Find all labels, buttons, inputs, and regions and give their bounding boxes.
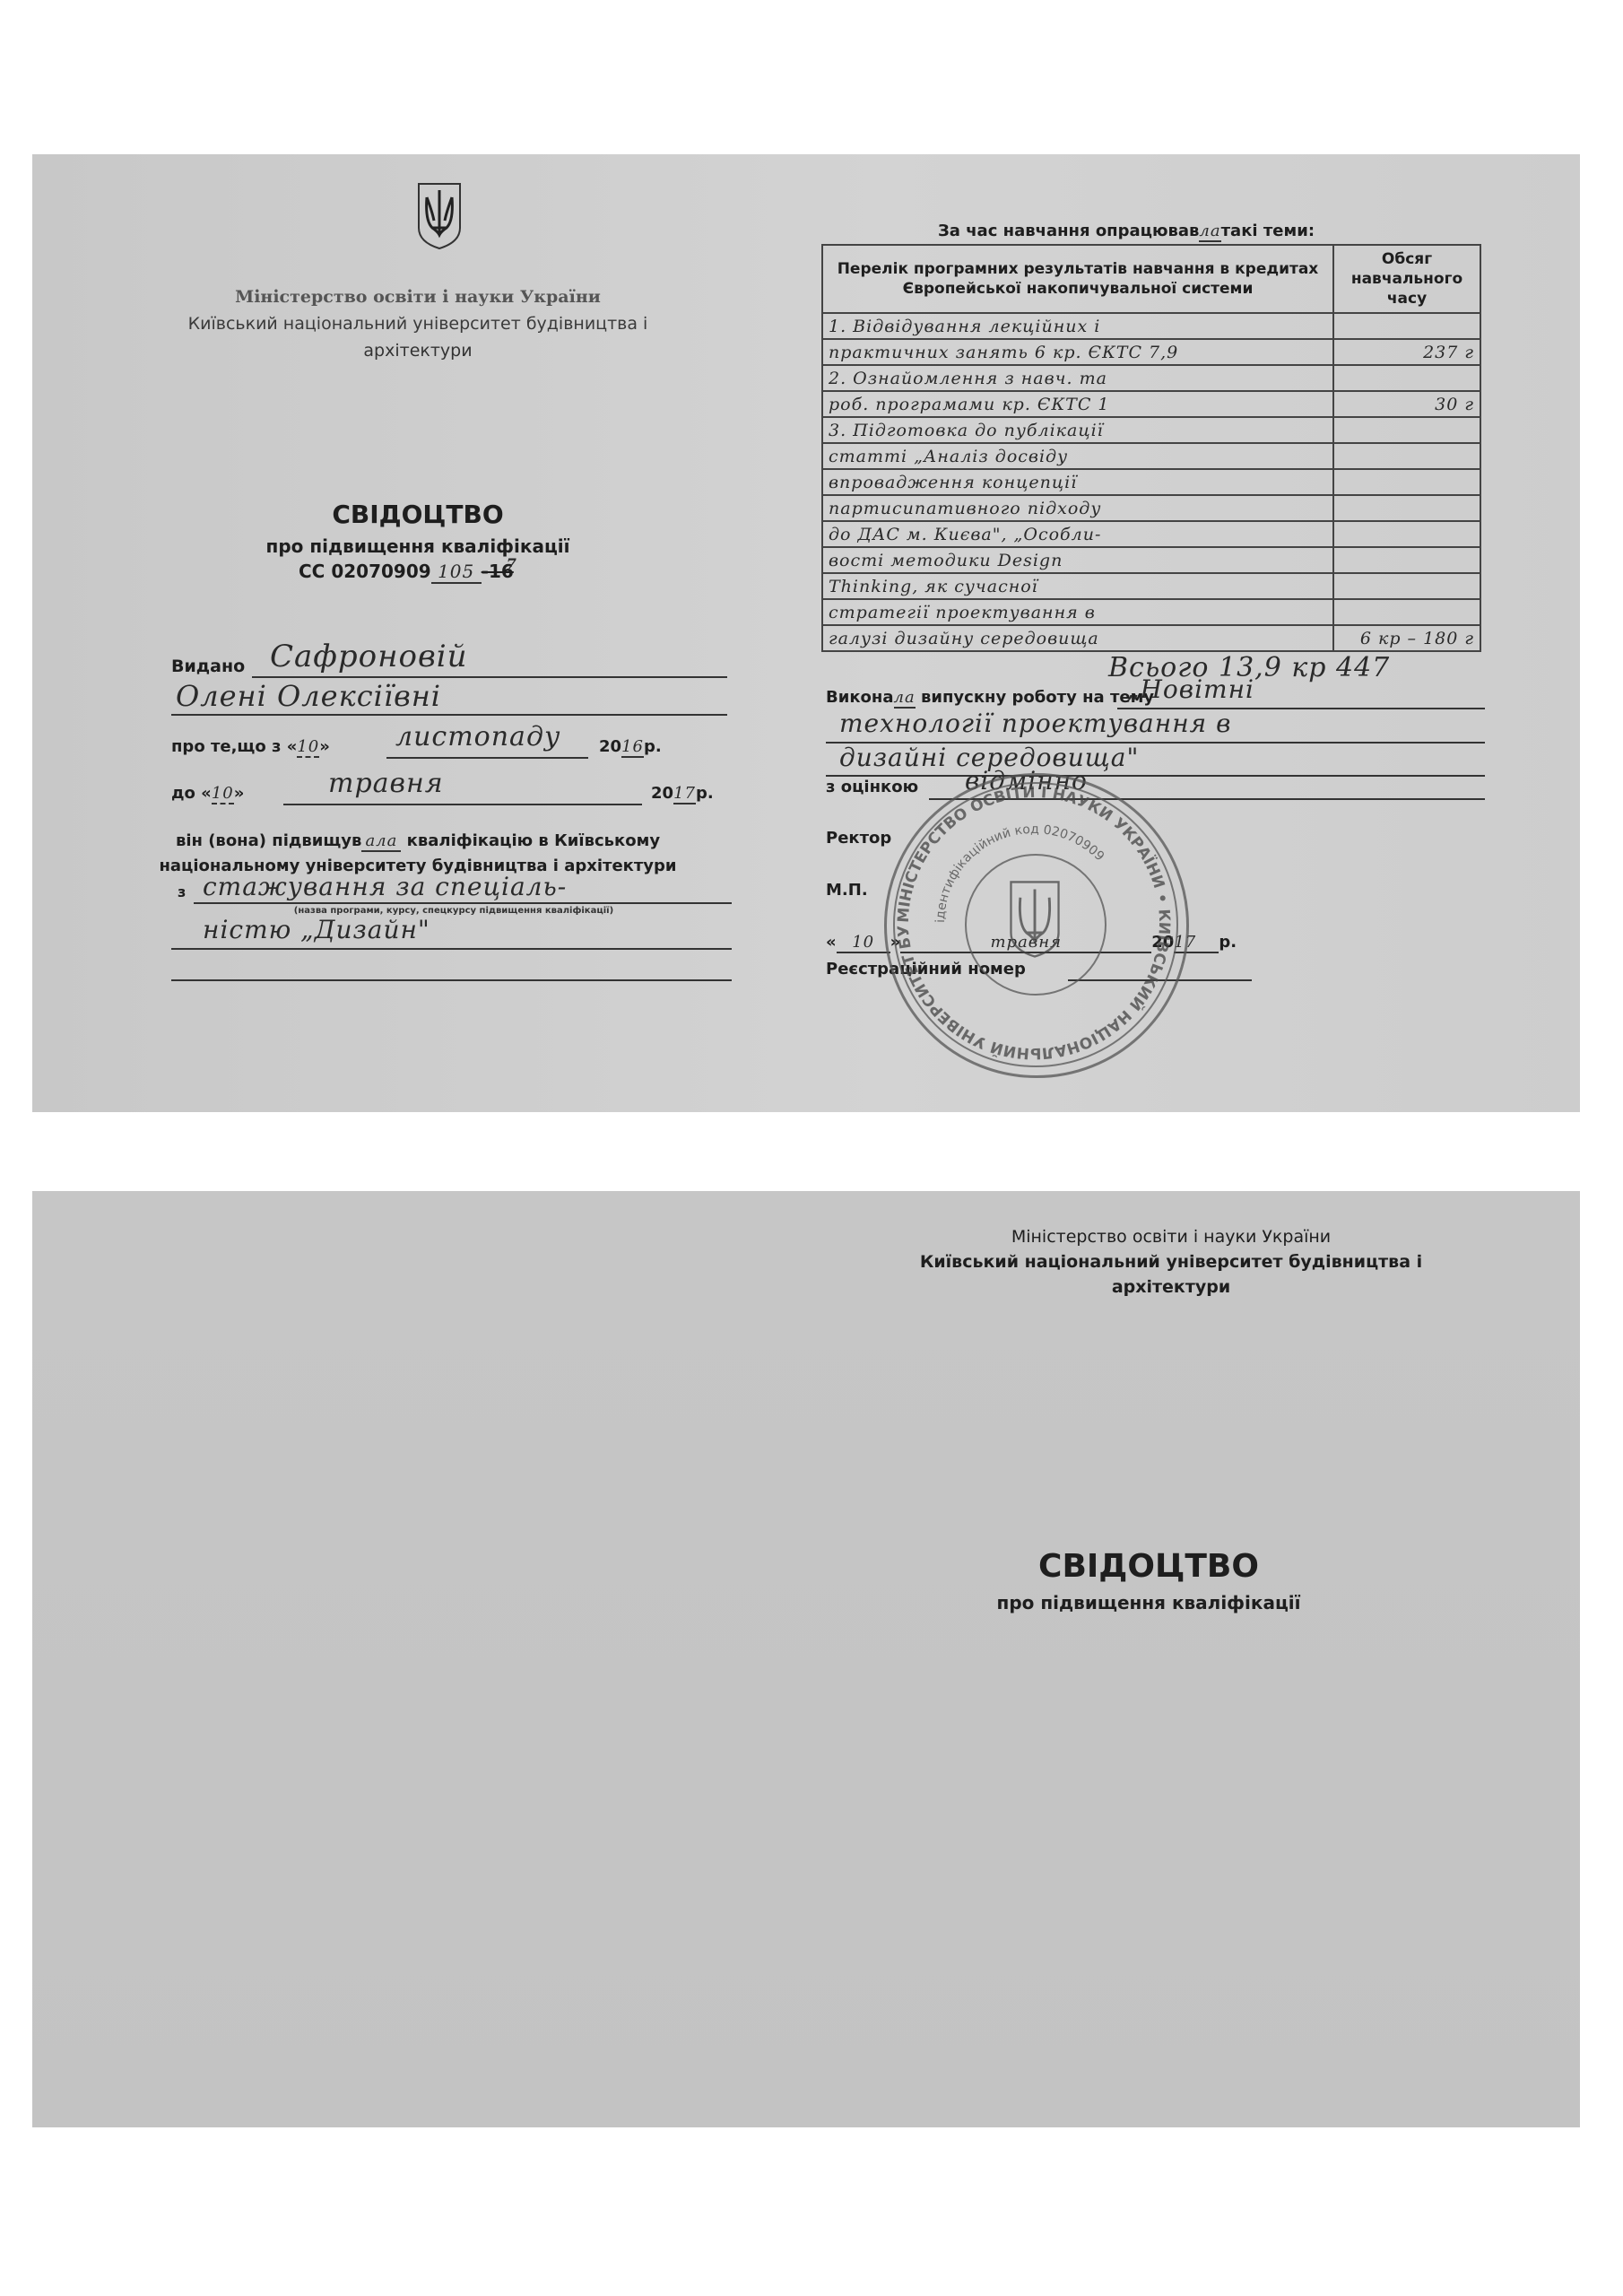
thesis-label: Виконала випускну роботу на тему [826,688,1154,707]
hours-cell [1333,495,1480,521]
cover-subtitle: про підвищення кваліфікації [960,1592,1337,1613]
table-row: роб. програмами кр. ЄКТС 130 г [822,391,1480,417]
seal-label: М.П. [826,881,868,900]
cover-ministry-name: Міністерство освіти і науки України [839,1227,1503,1247]
cover-title: СВІДОЦТВО [960,1548,1337,1585]
topic-cell: практичних занять 6 кр. ЄКТС 7,9 [822,339,1333,365]
hours-cell [1333,365,1480,391]
topic-cell: вості методики Design [822,547,1333,573]
topic-cell: статті „Аналіз досвіду [822,443,1333,469]
table-row: впровадження концепції [822,469,1480,495]
hours-cell: 237 г [1333,339,1480,365]
table-row: статті „Аналіз досвіду [822,443,1480,469]
hours-cell [1333,313,1480,339]
table-row: 3. Підготовка до публікації [822,417,1480,443]
table-row: вості методики Design [822,547,1480,573]
table-row: до ДАС м. Києва", „Особли- [822,521,1480,547]
column-header-hours: Обсяг навчального часу [1333,245,1480,313]
table-row: партисипативного підходу [822,495,1480,521]
topic-cell: роб. програмами кр. ЄКТС 1 [822,391,1333,417]
hours-cell [1333,521,1480,547]
cover-university-line1: Київський національний університет будів… [839,1252,1503,1272]
cover-university-line2: архітектури [839,1277,1503,1297]
topics-heading: За час навчання опрацювавлатакі теми: [938,222,1315,240]
table-row: галузі дизайну середовища6 кр – 180 г [822,625,1480,651]
topic-cell: 2. Ознайомлення з навч. та [822,365,1333,391]
hours-cell [1333,599,1480,625]
svg-text:ідентифікаційний код 02070909: ідентифікаційний код 02070909 [933,822,1107,923]
table-row: 1. Відвідування лекційних і [822,313,1480,339]
stamp-text-ring: МІНІСТЕРСТВО ОСВІТИ І НАУКИ УКРАЇНИ • КИ… [884,773,1184,1073]
table-row: 2. Ознайомлення з навч. та [822,365,1480,391]
thesis-line2: технології проектування в [839,709,1231,738]
hours-cell: 30 г [1333,391,1480,417]
table-header-row: Перелік програмних результатів навчання … [822,245,1480,313]
hours-cell [1333,443,1480,469]
right-page: За час навчання опрацювавлатакі теми: Пе… [32,154,1580,1112]
topic-cell: впровадження концепції [822,469,1333,495]
certificate-cover: Міністерство освіти і науки України Київ… [32,1191,1580,2127]
topics-table: Перелік програмних результатів навчання … [821,244,1481,652]
table-row: практичних занять 6 кр. ЄКТС 7,9237 г [822,339,1480,365]
certificate-inner-spread: Міністерство освіти і науки України Київ… [32,154,1580,1112]
rector-label: Ректор [826,829,891,848]
svg-text:МІНІСТЕРСТВО ОСВІТИ І НАУКИ УК: МІНІСТЕРСТВО ОСВІТИ І НАУКИ УКРАЇНИ • КИ… [884,773,1174,1062]
hours-cell [1333,417,1480,443]
column-header-topics: Перелік програмних результатів навчання … [822,245,1333,313]
topic-cell: до ДАС м. Києва", „Особли- [822,521,1333,547]
topic-cell: партисипативного підходу [822,495,1333,521]
hours-cell: 6 кр – 180 г [1333,625,1480,651]
table-row: Thinking, як сучасної [822,573,1480,599]
topic-cell: 1. Відвідування лекційних і [822,313,1333,339]
topic-cell: 3. Підготовка до публікації [822,417,1333,443]
university-stamp: МІНІСТЕРСТВО ОСВІТИ І НАУКИ УКРАЇНИ • КИ… [884,773,1189,1078]
hours-cell [1333,547,1480,573]
topic-cell: галузі дизайну середовища [822,625,1333,651]
topic-cell: стратегії проектування в [822,599,1333,625]
topic-cell: Thinking, як сучасної [822,573,1333,599]
thesis-line1: „Новітні [1126,674,1254,704]
table-row: стратегії проектування в [822,599,1480,625]
hours-cell [1333,469,1480,495]
hours-cell [1333,573,1480,599]
